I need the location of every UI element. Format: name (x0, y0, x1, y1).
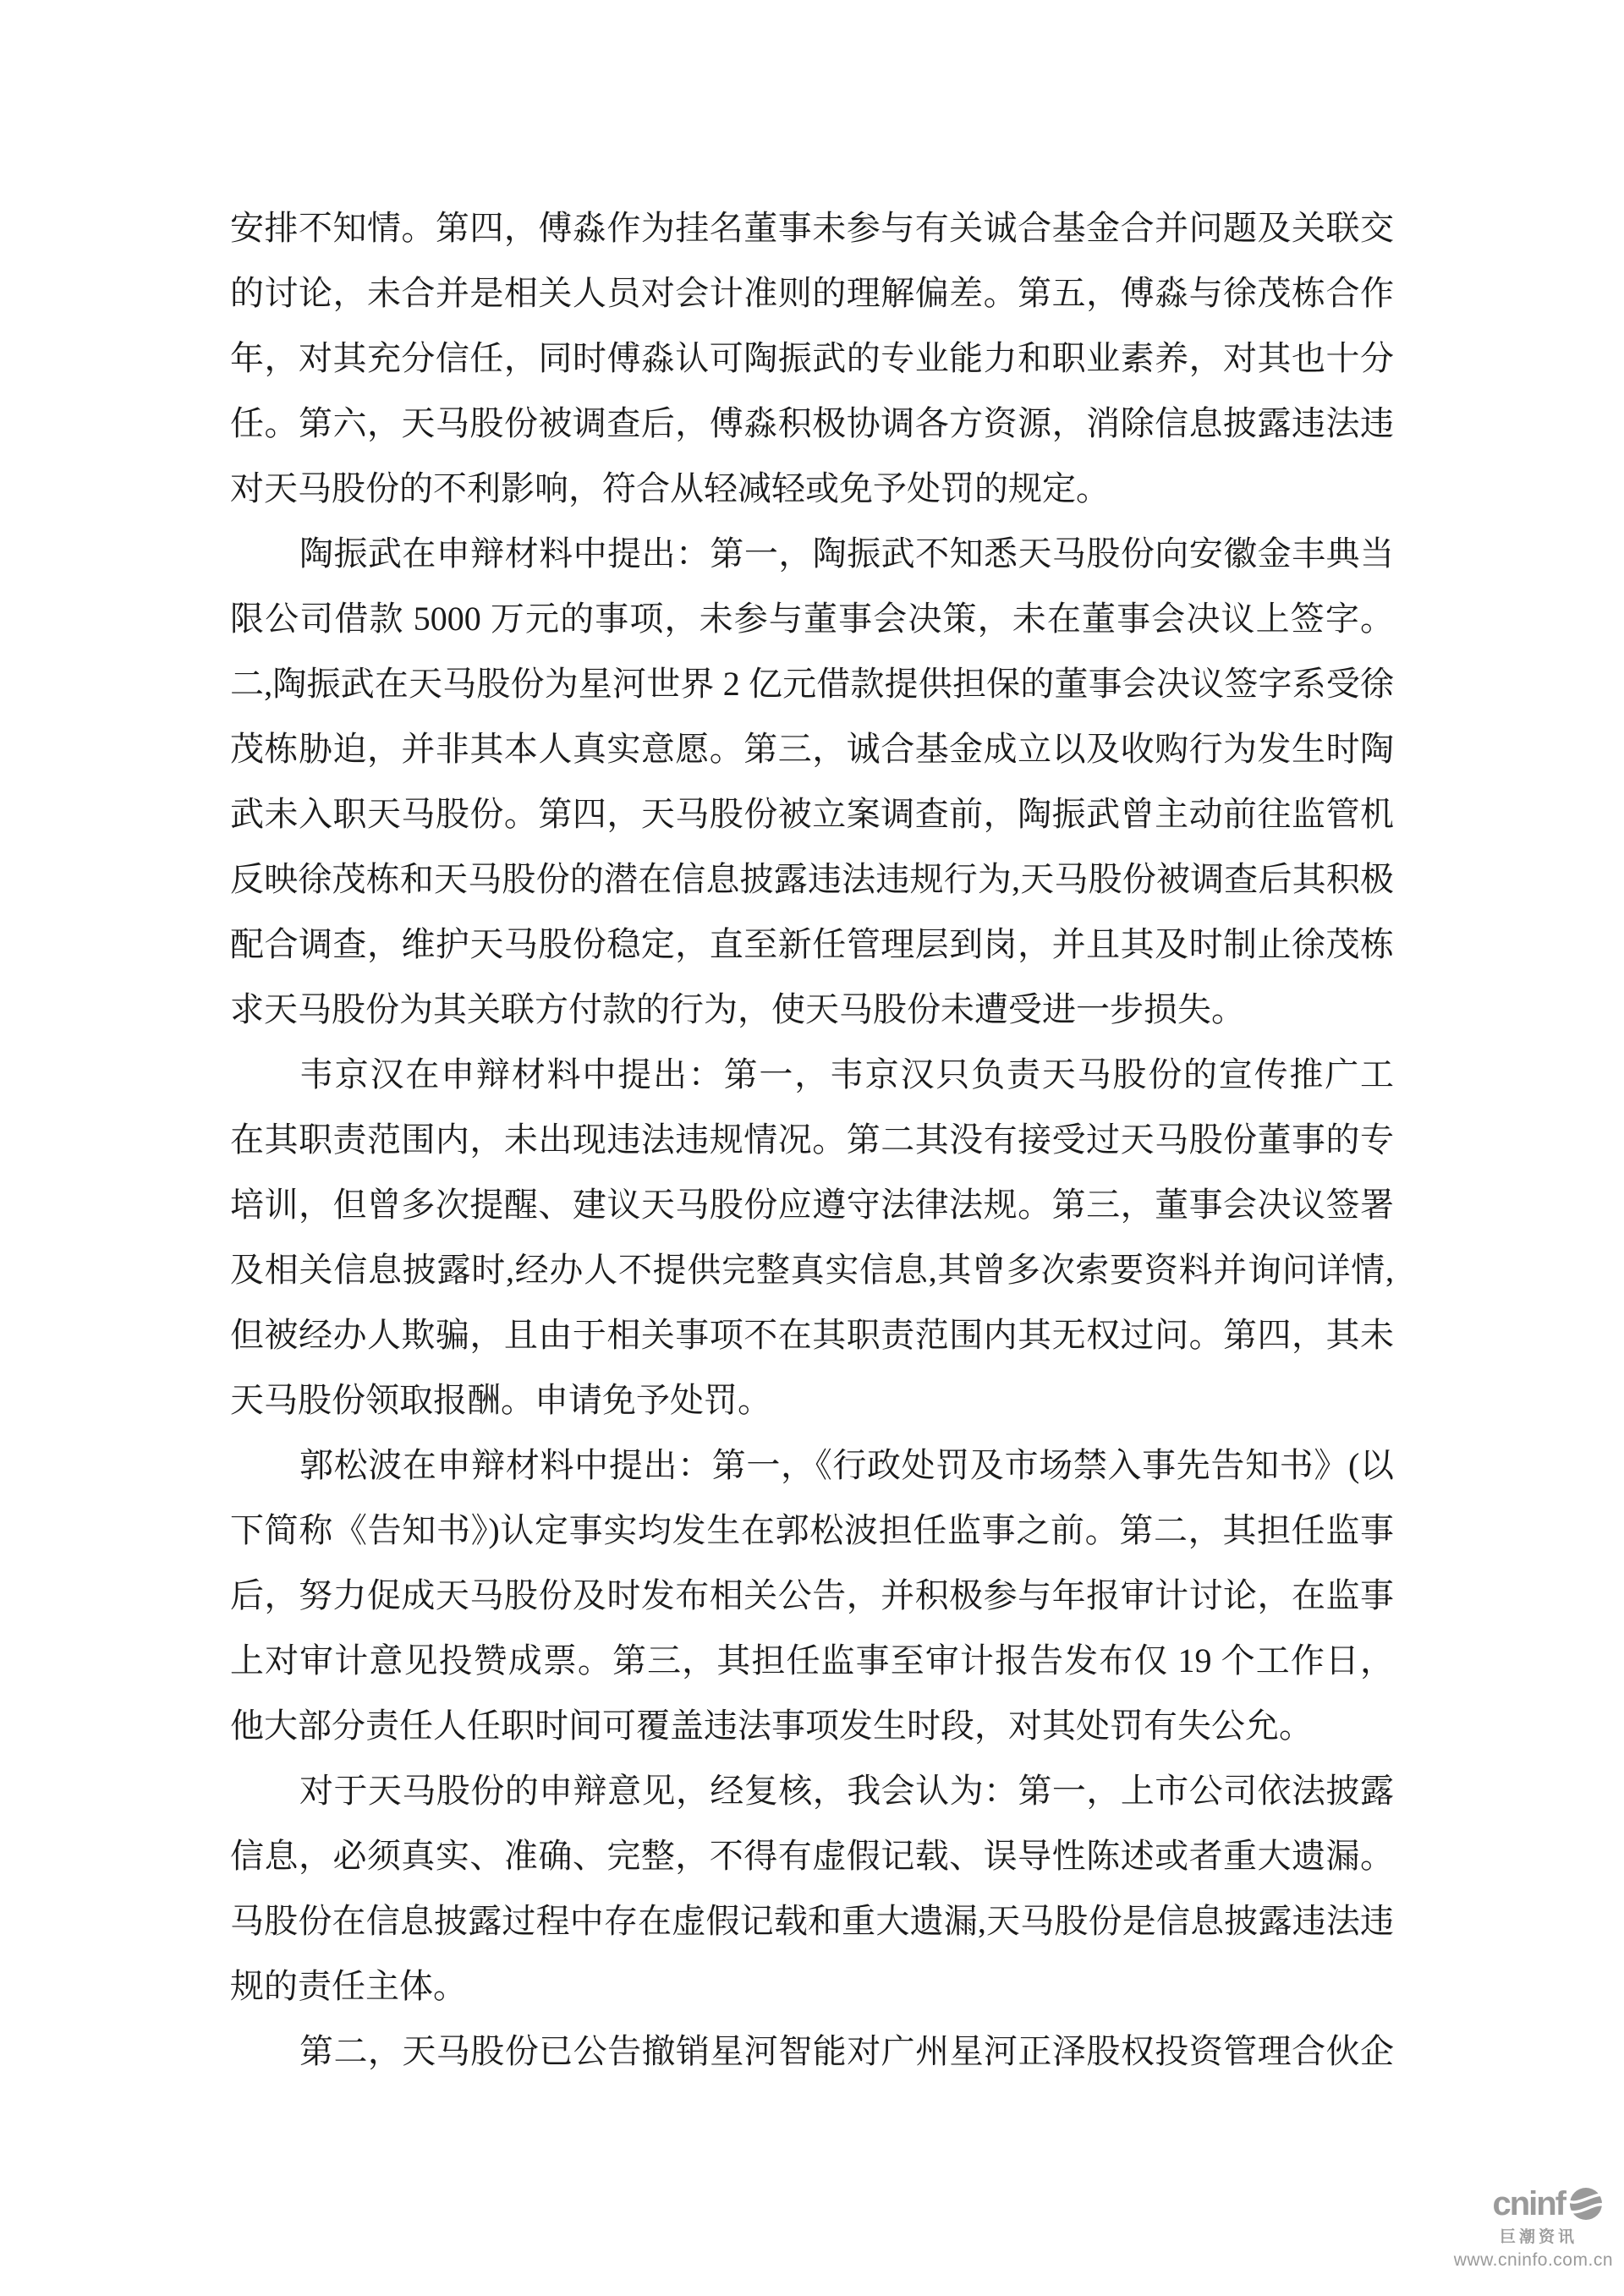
cninfo-chinese-name: 巨潮资讯 (1454, 2224, 1577, 2247)
text-line: 马股份在信息披露过程中存在虚假记载和重大遗漏,天马股份是信息披露违法违 (230, 1888, 1394, 1954)
text-line: 武未入职天马股份。第四，天马股份被立案调查前，陶振武曾主动前往监管机构 (230, 781, 1394, 847)
document-body: 安排不知情。第四，傅淼作为挂名董事未参与有关诚合基金合并问题及关联交易的讨论，未… (230, 195, 1394, 2084)
text-line: 限公司借款 5000 万元的事项，未参与董事会决策，未在董事会决议上签字。第 (230, 586, 1394, 651)
text-line: 培训，但曾多次提醒、建议天马股份应遵守法律法规。第三，董事会决议签署以 (230, 1172, 1394, 1237)
document-page: 安排不知情。第四，傅淼作为挂名董事未参与有关诚合基金合并问题及关联交易的讨论，未… (0, 0, 1624, 2296)
text-line: 信息，必须真实、准确、完整，不得有虚假记载、误导性陈述或者重大遗漏。天 (230, 1823, 1394, 1888)
text-line: 反映徐茂栋和天马股份的潜在信息披露违法违规行为,天马股份被调查后其积极 (230, 847, 1394, 912)
text-line: 对天马股份的不利影响，符合从轻减轻或免予处罚的规定。 (230, 456, 1394, 521)
text-line: 规的责任主体。 (230, 1954, 1394, 2019)
text-line: 下简称《告知书》)认定事实均发生在郭松波担任监事之前。第二，其担任监事 (230, 1498, 1394, 1563)
text-line: 在其职责范围内，未出现违法违规情况。第二其没有接受过天马股份董事的专业 (230, 1107, 1394, 1172)
cninfo-logo-block: cninf 巨潮资讯 www.cninfo.com.cn (1454, 2186, 1613, 2271)
text-line: 求天马股份为其关联方付款的行为，使天马股份未遭受进一步损失。 (230, 977, 1394, 1042)
text-line: 对于天马股份的申辩意见，经复核，我会认为：第一，上市公司依法披露的 (230, 1758, 1394, 1823)
text-line: 年，对其充分信任，同时傅淼认可陶振武的专业能力和职业素养，对其也十分信 (230, 326, 1394, 391)
text-line: 二,陶振武在天马股份为星河世界 2 亿元借款提供担保的董事会决议签字系受徐 (230, 651, 1394, 716)
text-line: 韦京汉在申辩材料中提出：第一，韦京汉只负责天马股份的宣传推广工作， (230, 1042, 1394, 1107)
text-line: 的讨论，未合并是相关人员对会计准则的理解偏差。第五，傅淼与徐茂栋合作多 (230, 260, 1394, 326)
text-line: 第二，天马股份已公告撤销星河智能对广州星河正泽股权投资管理合伙企业 (230, 2019, 1394, 2084)
cninfo-globe-icon (1569, 2186, 1603, 2222)
text-line: 及相关信息披露时,经办人不提供完整真实信息,其曾多次索要资料并询问详情, (230, 1237, 1394, 1302)
cninfo-website-url: www.cninfo.com.cn (1454, 2250, 1613, 2271)
cninfo-logo-row: cninf (1454, 2186, 1603, 2222)
text-line: 茂栋胁迫，并非其本人真实意愿。第三，诚合基金成立以及收购行为发生时陶振 (230, 716, 1394, 781)
text-line: 配合调查，维护天马股份稳定，直至新任管理层到岗，并且其及时制止徐茂栋要 (230, 912, 1394, 977)
text-line: 上对审计意见投赞成票。第三，其担任监事至审计报告发布仅 19 个工作日，其 (230, 1628, 1394, 1693)
text-line: 但被经办人欺骗，且由于相关事项不在其职责范围内其无权过问。第四，其未在 (230, 1302, 1394, 1367)
text-line: 安排不知情。第四，傅淼作为挂名董事未参与有关诚合基金合并问题及关联交易 (230, 195, 1394, 260)
cninfo-logo-text: cninf (1492, 2187, 1565, 2221)
text-line: 他大部分责任人任职时间可覆盖违法事项发生时段，对其处罚有失公允。 (230, 1693, 1394, 1758)
text-line: 天马股份领取报酬。申请免予处罚。 (230, 1367, 1394, 1433)
text-line: 后，努力促成天马股份及时发布相关公告，并积极参与年报审计讨论，在监事会 (230, 1563, 1394, 1628)
text-line: 任。第六，天马股份被调查后，傅淼积极协调各方资源，消除信息披露违法违规 (230, 391, 1394, 456)
text-line: 陶振武在申辩材料中提出：第一，陶振武不知悉天马股份向安徽金丰典当有 (230, 521, 1394, 586)
text-line: 郭松波在申辩材料中提出：第一，《行政处罚及市场禁入事先告知书》(以 (230, 1433, 1394, 1498)
